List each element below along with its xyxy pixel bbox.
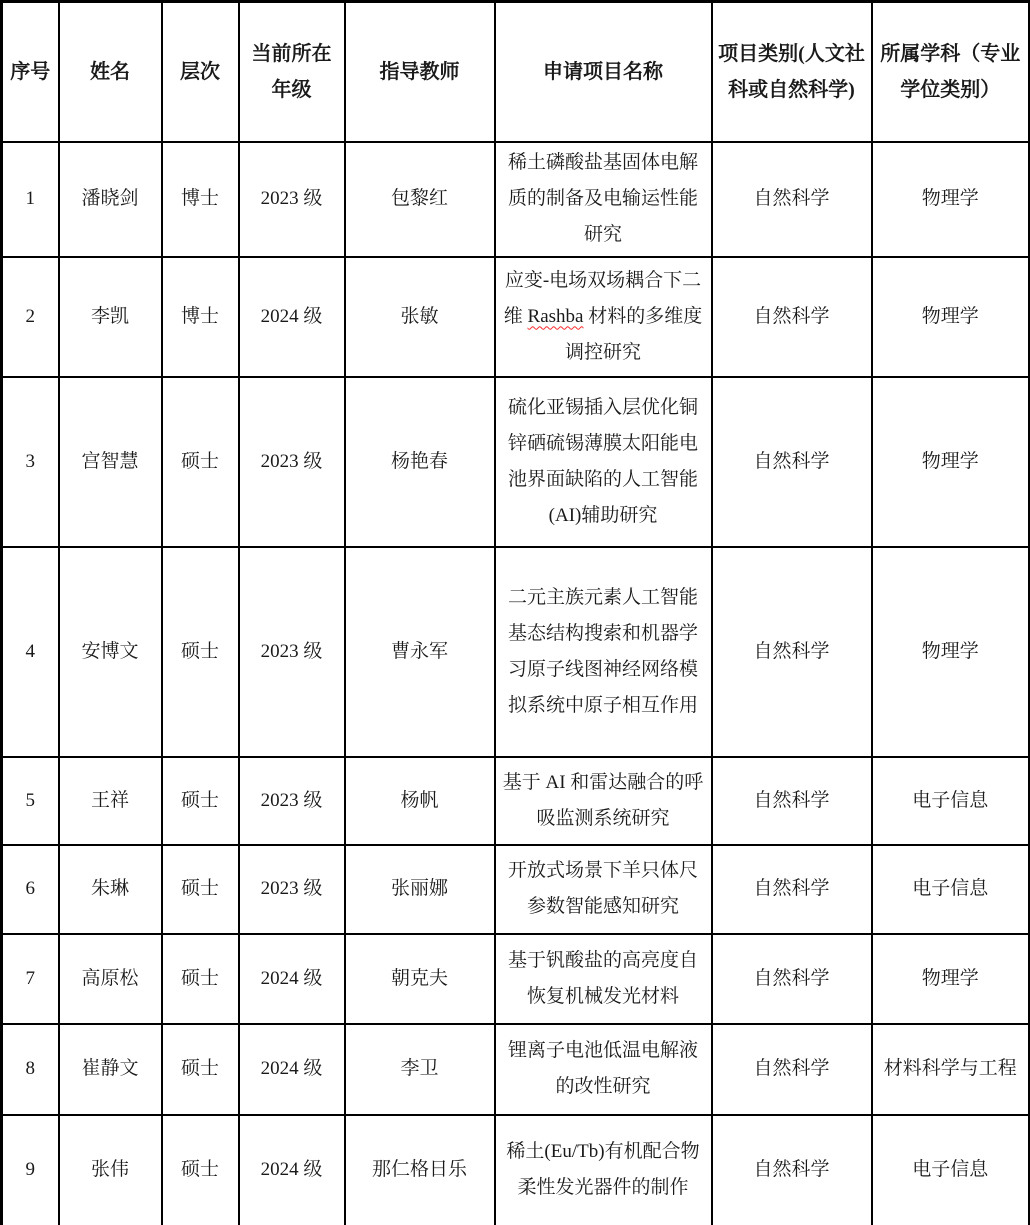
cell-advisor: 曹永军 [345, 547, 495, 757]
cell-project: 基于钒酸盐的高亮度自恢复机械发光材料 [495, 934, 712, 1024]
cell-category: 自然科学 [712, 757, 872, 845]
cell-name: 宫智慧 [59, 377, 162, 547]
cell-name: 崔静文 [59, 1024, 162, 1115]
cell-level: 博士 [162, 257, 239, 377]
cell-project: 基于 AI 和雷达融合的呼吸监测系统研究 [495, 757, 712, 845]
cell-discipline: 电子信息 [872, 757, 1030, 845]
cell-advisor: 那仁格日乐 [345, 1115, 495, 1225]
cell-level: 硕士 [162, 934, 239, 1024]
cell-advisor: 杨帆 [345, 757, 495, 845]
table-row: 4安博文硕士2023 级曹永军二元主族元素人工智能基态结构搜索和机器学习原子线图… [2, 547, 1030, 757]
cell-discipline: 物理学 [872, 257, 1030, 377]
header-project: 申请项目名称 [495, 2, 712, 142]
cell-grade: 2023 级 [239, 377, 345, 547]
student-project-table: 序号 姓名 层次 当前所在年级 指导教师 申请项目名称 项目类别(人文社科或自然… [0, 0, 1030, 1225]
table-row: 7高原松硕士2024 级朝克夫基于钒酸盐的高亮度自恢复机械发光材料自然科学物理学 [2, 934, 1030, 1024]
cell-level: 硕士 [162, 845, 239, 934]
cell-category: 自然科学 [712, 845, 872, 934]
cell-grade: 2023 级 [239, 845, 345, 934]
cell-project: 应变-电场双场耦合下二维 Rashba 材料的多维度调控研究 [495, 257, 712, 377]
cell-no: 6 [2, 845, 59, 934]
cell-project: 锂离子电池低温电解液的改性研究 [495, 1024, 712, 1115]
header-row: 序号 姓名 层次 当前所在年级 指导教师 申请项目名称 项目类别(人文社科或自然… [2, 2, 1030, 142]
cell-project: 二元主族元素人工智能基态结构搜索和机器学习原子线图神经网络模拟系统中原子相互作用 [495, 547, 712, 757]
header-grade: 当前所在年级 [239, 2, 345, 142]
cell-level: 硕士 [162, 757, 239, 845]
cell-grade: 2024 级 [239, 1024, 345, 1115]
cell-grade: 2023 级 [239, 757, 345, 845]
cell-grade: 2024 级 [239, 934, 345, 1024]
cell-discipline: 电子信息 [872, 845, 1030, 934]
header-name: 姓名 [59, 2, 162, 142]
cell-advisor: 张敏 [345, 257, 495, 377]
cell-category: 自然科学 [712, 377, 872, 547]
cell-grade: 2024 级 [239, 257, 345, 377]
cell-discipline: 物理学 [872, 934, 1030, 1024]
cell-name: 朱琳 [59, 845, 162, 934]
table-row: 1潘晓剑博士2023 级包黎红稀土磷酸盐基固体电解质的制备及电输运性能研究自然科… [2, 142, 1030, 257]
cell-name: 李凯 [59, 257, 162, 377]
cell-level: 博士 [162, 142, 239, 257]
header-discipline: 所属学科（专业学位类别） [872, 2, 1030, 142]
cell-discipline: 物理学 [872, 377, 1030, 547]
cell-grade: 2024 级 [239, 1115, 345, 1225]
cell-discipline: 物理学 [872, 547, 1030, 757]
cell-project: 稀土磷酸盐基固体电解质的制备及电输运性能研究 [495, 142, 712, 257]
cell-no: 5 [2, 757, 59, 845]
cell-advisor: 李卫 [345, 1024, 495, 1115]
cell-level: 硕士 [162, 547, 239, 757]
table-header: 序号 姓名 层次 当前所在年级 指导教师 申请项目名称 项目类别(人文社科或自然… [2, 2, 1030, 142]
cell-no: 1 [2, 142, 59, 257]
document-page: 序号 姓名 层次 当前所在年级 指导教师 申请项目名称 项目类别(人文社科或自然… [0, 0, 1030, 1225]
header-advisor: 指导教师 [345, 2, 495, 142]
table-row: 3宫智慧硕士2023 级杨艳春硫化亚锡插入层优化铜锌硒硫锡薄膜太阳能电池界面缺陷… [2, 377, 1030, 547]
table-body: 1潘晓剑博士2023 级包黎红稀土磷酸盐基固体电解质的制备及电输运性能研究自然科… [2, 142, 1030, 1225]
cell-project: 稀土(Eu/Tb)有机配合物柔性发光器件的制作 [495, 1115, 712, 1225]
cell-discipline: 物理学 [872, 142, 1030, 257]
table-row: 2李凯博士2024 级张敏应变-电场双场耦合下二维 Rashba 材料的多维度调… [2, 257, 1030, 377]
cell-name: 高原松 [59, 934, 162, 1024]
header-no: 序号 [2, 2, 59, 142]
cell-name: 王祥 [59, 757, 162, 845]
cell-advisor: 张丽娜 [345, 845, 495, 934]
cell-category: 自然科学 [712, 1024, 872, 1115]
cell-category: 自然科学 [712, 934, 872, 1024]
cell-advisor: 杨艳春 [345, 377, 495, 547]
cell-advisor: 朝克夫 [345, 934, 495, 1024]
cell-advisor: 包黎红 [345, 142, 495, 257]
table-row: 6朱琳硕士2023 级张丽娜开放式场景下羊只体尺参数智能感知研究自然科学电子信息 [2, 845, 1030, 934]
cell-name: 安博文 [59, 547, 162, 757]
table-row: 5王祥硕士2023 级杨帆基于 AI 和雷达融合的呼吸监测系统研究自然科学电子信… [2, 757, 1030, 845]
cell-category: 自然科学 [712, 257, 872, 377]
cell-no: 3 [2, 377, 59, 547]
cell-category: 自然科学 [712, 1115, 872, 1225]
cell-name: 潘晓剑 [59, 142, 162, 257]
cell-project: 开放式场景下羊只体尺参数智能感知研究 [495, 845, 712, 934]
cell-grade: 2023 级 [239, 547, 345, 757]
cell-discipline: 电子信息 [872, 1115, 1030, 1225]
cell-category: 自然科学 [712, 547, 872, 757]
cell-category: 自然科学 [712, 142, 872, 257]
spellcheck-underline: Rashba [528, 306, 584, 327]
table-row: 8崔静文硕士2024 级李卫锂离子电池低温电解液的改性研究自然科学材料科学与工程 [2, 1024, 1030, 1115]
cell-no: 2 [2, 257, 59, 377]
header-level: 层次 [162, 2, 239, 142]
cell-no: 7 [2, 934, 59, 1024]
header-category: 项目类别(人文社科或自然科学) [712, 2, 872, 142]
cell-name: 张伟 [59, 1115, 162, 1225]
cell-level: 硕士 [162, 1024, 239, 1115]
cell-no: 4 [2, 547, 59, 757]
cell-project: 硫化亚锡插入层优化铜锌硒硫锡薄膜太阳能电池界面缺陷的人工智能(AI)辅助研究 [495, 377, 712, 547]
cell-grade: 2023 级 [239, 142, 345, 257]
cell-no: 9 [2, 1115, 59, 1225]
cell-no: 8 [2, 1024, 59, 1115]
cell-level: 硕士 [162, 1115, 239, 1225]
table-row: 9张伟硕士2024 级那仁格日乐稀土(Eu/Tb)有机配合物柔性发光器件的制作自… [2, 1115, 1030, 1225]
cell-discipline: 材料科学与工程 [872, 1024, 1030, 1115]
cell-level: 硕士 [162, 377, 239, 547]
